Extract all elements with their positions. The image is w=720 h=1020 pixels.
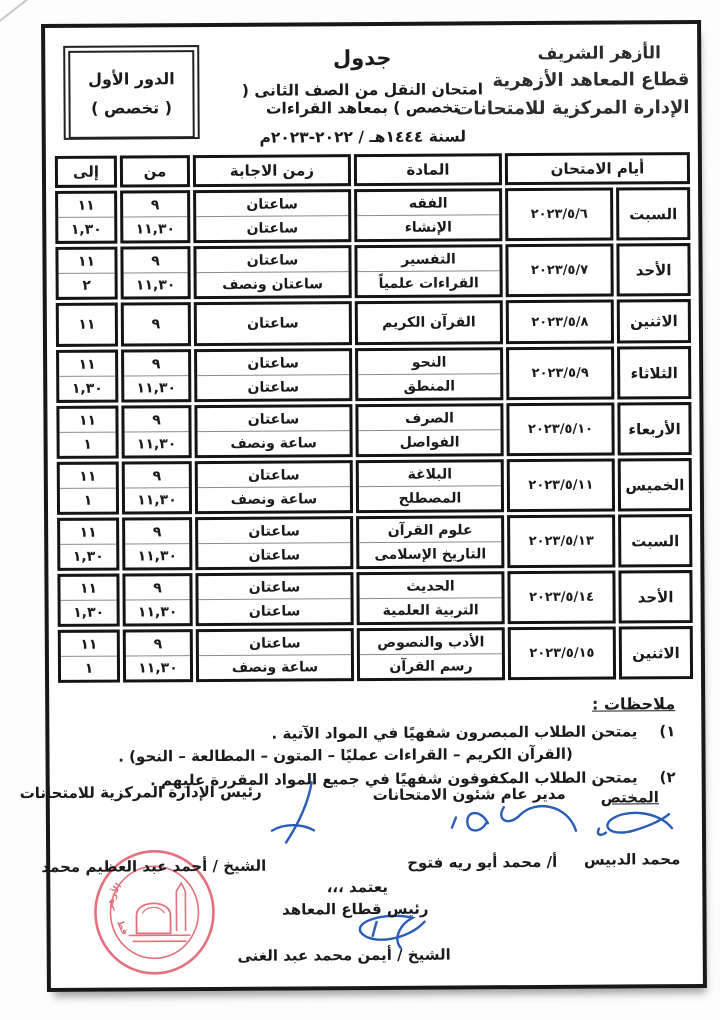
al-azhar-logo: الأزهر الشريف قطاع المعاهد الأزهرية الإد…	[509, 34, 690, 145]
column-stack: ساعتانساعة ونصف	[195, 460, 353, 514]
column-stack: ساعتانساعتان	[194, 348, 352, 402]
subject-cell: المنطق	[358, 373, 500, 398]
duration-cell: ساعتان	[197, 407, 349, 431]
signature-scribble-left	[272, 782, 314, 842]
document-page: الأزهر الشريف قطاع المعاهد الأزهرية الإد…	[41, 20, 707, 992]
end-time-cell: ١١	[59, 409, 115, 432]
exam-date-cell: ٢٠٢٣/٥/٦	[505, 188, 613, 242]
column-stack: ٩١١,٣٠	[122, 461, 192, 514]
start-time-cell: ١١,٣٠	[126, 655, 190, 679]
column-stack: ساعتانساعتان	[193, 189, 351, 243]
end-time-cell: ١١	[58, 250, 114, 273]
sig-title-exams-director: مدير عام شئون الامتحانات	[398, 785, 566, 804]
header-subject: المادة	[354, 153, 502, 186]
column-stack: ١١١	[58, 630, 120, 683]
exam-day-cell: الثلاثاء	[617, 346, 691, 399]
note-subjects-list: (القرآن الكريم – القراءات عمليًا – المتو…	[75, 745, 615, 766]
round-label-box: الدور الأول ( تخصص )	[63, 45, 200, 140]
end-time-cell: ١١	[60, 521, 116, 544]
end-time-cell: ١	[60, 432, 116, 456]
exam-date-cell: ٢٠٢٣/٥/١٤	[507, 571, 615, 625]
duration-cell: ساعتان	[196, 248, 348, 272]
start-time-cell: ٩	[123, 193, 187, 216]
header-to: إلى	[55, 156, 117, 188]
duration-cell: ساعتان	[198, 575, 350, 599]
end-time-cell: ١١	[61, 633, 117, 656]
note-item: ١) يمتحن الطلاب المبصرون شفهيًا في الموا…	[75, 722, 675, 744]
column-stack: علوم القرآنالتاريخ الإسلامى	[356, 515, 504, 569]
exam-date-cell: ٢٠٢٣/٥/٨	[506, 300, 614, 345]
scan-artifact-line	[0, 0, 38, 28]
column-stack: ساعتانساعتان	[195, 516, 353, 570]
title-exam-description: امتحان النقل من الصف الثانى ( تخصص ) بمع…	[215, 80, 509, 118]
exam-day-row: الاثنين٢٠٢٣/٥/١٥الأدب والنصوصرسم القرآنس…	[57, 626, 693, 683]
end-time-cell: ١١	[59, 306, 115, 344]
duration-cell: ساعتان	[196, 192, 348, 216]
column-stack: ١١١,٣٠	[55, 191, 117, 244]
column-stack: ١١	[56, 303, 118, 347]
table-body: السبت٢٠٢٣/٥/٦الفقهالإنشاءساعتانساعتان٩١١…	[54, 187, 693, 683]
subject-cell: الإنشاء	[357, 214, 499, 239]
header-from: من	[120, 155, 190, 187]
column-stack: ٩١١,٣٠	[120, 246, 190, 299]
approval-word: يعتمد ،،،	[302, 878, 412, 897]
sig-name-exams-director: أ/ محمد أبو ريه فتوح	[398, 853, 566, 872]
column-stack: ١١١	[56, 406, 118, 459]
end-time-cell: ١,٣٠	[59, 376, 115, 400]
start-time-cell: ١١,٣٠	[123, 216, 187, 240]
sig-title-specialist: المختص	[588, 788, 672, 807]
start-time-cell: ١١,٣٠	[124, 375, 188, 399]
duration-cell: ساعتان	[198, 519, 350, 543]
title-academic-year: لسنة ١٤٤٤هـ / ٢٠٢٢-٢٠٢٣م	[216, 127, 510, 147]
duration-cell: ساعة ونصف	[199, 654, 351, 679]
start-time-cell: ١١,٣٠	[125, 431, 189, 455]
notes-heading: ملاحظات :	[75, 694, 675, 717]
column-stack: النحوالمنطق	[355, 347, 503, 401]
start-time-cell: ٩	[125, 576, 189, 599]
duration-cell: ساعتان ونصف	[197, 271, 349, 296]
signatures-section: الأزهر الشريف قطاع المعاهد الأزهرية المخ…	[50, 770, 703, 986]
sig-title-central-admin-head: رئيس الإدارة المركزية للامتحانات	[56, 783, 262, 802]
exam-day-cell: السبت	[618, 514, 692, 567]
duration-cell: ساعتان	[198, 542, 350, 567]
end-time-cell: ١	[60, 488, 116, 512]
column-stack: ساعتانساعة ونصف	[194, 404, 352, 458]
column-stack: الفقهالإنشاء	[354, 188, 502, 242]
title-word-schedule: جدول	[215, 45, 509, 71]
round-label-line1: الدور الأول	[88, 65, 175, 94]
column-stack: ٩١١,٣٠	[120, 190, 190, 243]
note-number: ١)	[653, 722, 675, 740]
column-stack: ٩١١,٣٠	[122, 573, 192, 626]
exam-date-cell: ٢٠٢٣/٥/١١	[507, 459, 615, 513]
column-stack: القرآن الكريم	[355, 300, 503, 345]
exam-schedule-table: أيام الامتحان المادة زمن الاجابة من إلى …	[46, 146, 701, 683]
exam-day-cell: الاثنين	[617, 299, 691, 343]
subject-cell: الأدب والنصوص	[360, 630, 502, 654]
signature-scribble-center	[452, 806, 576, 832]
exam-day-cell: الخميس	[618, 458, 692, 511]
column-stack: ساعتانساعتان	[195, 572, 353, 626]
column-stack: ٩	[121, 302, 191, 346]
column-stack: ٩١١,٣٠	[123, 629, 193, 682]
subject-cell: المصطلح	[359, 485, 501, 510]
subject-cell: القراءات علمياً	[358, 270, 500, 295]
column-stack: ١١١,٣٠	[56, 350, 118, 403]
duration-cell: ساعتان	[196, 215, 348, 240]
subject-cell: النحو	[358, 350, 500, 374]
subject-cell: الصرف	[358, 406, 500, 430]
exam-day-row: الأربعاء٢٠٢٣/٥/١٠الصرفالفواصلساعتانساعة …	[55, 402, 691, 459]
column-stack: ١١٢	[55, 247, 117, 300]
exam-date-cell: ٢٠٢٣/٥/١٥	[508, 627, 616, 681]
end-time-cell: ١١	[59, 353, 115, 376]
exam-date-cell: ٢٠٢٣/٥/٩	[506, 347, 614, 401]
subject-cell: البلاغة	[359, 462, 501, 486]
column-stack: ساعتانساعة ونصف	[196, 628, 354, 682]
exam-day-row: السبت٢٠٢٣/٥/٦الفقهالإنشاءساعتانساعتان٩١١…	[54, 187, 690, 244]
end-time-cell: ١١	[60, 577, 116, 600]
end-time-cell: ١,٣٠	[58, 217, 114, 241]
exam-day-row: الثلاثاء٢٠٢٣/٥/٩النحوالمنطقساعتانساعتان٩…	[55, 346, 691, 403]
exam-day-cell: الأربعاء	[617, 402, 691, 455]
column-stack: ٩١١,٣٠	[121, 405, 191, 458]
subject-cell: الحديث	[359, 574, 501, 598]
column-stack: الحديثالتربية العلمية	[356, 571, 504, 625]
subject-cell: رسم القرآن	[360, 653, 502, 678]
end-time-cell: ١١	[60, 465, 116, 488]
duration-cell: ساعة ونصف	[198, 430, 350, 455]
header-duration: زمن الاجابة	[193, 154, 351, 187]
logo-line: الأزهر الشريف	[509, 40, 689, 67]
sig-name-central-admin-head: الشيخ / أحمد عبد العظيم محمد	[52, 857, 266, 876]
exam-day-cell: الأحد	[618, 570, 692, 623]
exam-date-cell: ٢٠٢٣/٥/١٠	[506, 403, 614, 457]
exam-day-row: الخميس٢٠٢٣/٥/١١البلاغةالمصطلحساعتانساعة …	[56, 458, 692, 515]
column-stack: الصرفالفواصل	[355, 403, 503, 457]
column-stack: ١١١	[57, 462, 119, 515]
mosque-icon	[128, 883, 190, 941]
exam-day-cell: الاثنين	[619, 626, 693, 679]
exam-day-cell: الأحد	[616, 243, 690, 296]
start-time-cell: ١١,٣٠	[124, 272, 188, 296]
round-label-line2: ( تخصص )	[91, 94, 172, 123]
duration-cell: ساعتان	[197, 374, 349, 399]
duration-cell: ساعتان	[199, 598, 351, 623]
end-time-cell: ١,٣٠	[60, 544, 116, 568]
exam-day-row: الأحد٢٠٢٣/٥/١٤الحديثالتربية العلميةساعتا…	[56, 570, 692, 627]
start-time-cell: ٩	[124, 408, 188, 431]
exam-date-cell: ٢٠٢٣/٥/١٣	[507, 515, 615, 569]
duration-cell: ساعتان	[197, 304, 349, 343]
start-time-cell: ١١,٣٠	[125, 487, 189, 511]
subject-cell: التربية العلمية	[360, 597, 502, 622]
duration-cell: ساعتان	[197, 351, 349, 375]
end-time-cell: ١,٣٠	[61, 600, 117, 624]
exam-day-row: الاثنين٢٠٢٣/٥/٨القرآن الكريمساعتان٩١١	[55, 299, 691, 347]
logo-line: قطاع المعاهد الأزهرية	[509, 66, 689, 95]
subject-cell: الفواصل	[359, 429, 501, 454]
subject-cell: القرآن الكريم	[358, 303, 500, 342]
exam-date-cell: ٢٠٢٣/٥/٧	[505, 244, 613, 298]
logo-line: الإدارة المركزية للامتحانات	[509, 94, 689, 123]
column-stack: ٩١١,٣٠	[122, 517, 192, 570]
column-stack: البلاغةالمصطلح	[356, 459, 504, 513]
start-time-cell: ٩	[123, 249, 187, 272]
sig-name-specialist: محمد الدبيس	[580, 850, 684, 869]
column-stack: الأدب والنصوصرسم القرآن	[357, 627, 505, 681]
exam-day-row: السبت٢٠٢٣/٥/١٣علوم القرآنالتاريخ الإسلام…	[56, 514, 692, 571]
column-stack: ١١١,٣٠	[57, 574, 119, 627]
end-time-cell: ٢	[59, 273, 115, 297]
document-header: الأزهر الشريف قطاع المعاهد الأزهرية الإد…	[45, 24, 698, 150]
column-stack: التفسيرالقراءات علمياً	[354, 244, 502, 298]
note-text: يمتحن الطلاب المبصرون شفهيًا في المواد ا…	[271, 722, 637, 742]
sig-title-institutes-head: رئيس قطاع المعاهد	[286, 900, 428, 919]
subject-cell: التفسير	[357, 247, 499, 271]
table-header-row: أيام الامتحان المادة زمن الاجابة من إلى	[54, 152, 690, 188]
signature-scribble-right	[607, 813, 672, 833]
start-time-cell: ٩	[126, 632, 190, 655]
document-title: جدول امتحان النقل من الصف الثانى ( تخصص …	[215, 35, 510, 147]
start-time-cell: ٩	[124, 305, 188, 343]
duration-cell: ساعتان	[199, 631, 351, 655]
end-time-cell: ١	[61, 656, 117, 680]
column-stack: ٩١١,٣٠	[121, 349, 191, 402]
column-stack: ١١١,٣٠	[57, 518, 119, 571]
duration-cell: ساعتان	[198, 463, 350, 487]
subject-cell: الفقه	[357, 191, 499, 215]
start-time-cell: ٩	[125, 464, 189, 487]
start-time-cell: ٩	[125, 520, 189, 543]
scanned-exam-schedule-page: { "colors": { "ink": "#1b1b1b", "signatu…	[0, 0, 720, 1020]
column-stack: ساعتان	[194, 301, 352, 346]
column-stack: ساعتانساعتان ونصف	[193, 245, 351, 299]
subject-cell: التاريخ الإسلامى	[359, 541, 501, 566]
exam-day-cell: السبت	[616, 187, 690, 240]
exam-day-row: الأحد٢٠٢٣/٥/٧التفسيرالقراءات علمياًساعتا…	[54, 243, 690, 300]
header-exam-days: أيام الامتحان	[505, 152, 690, 185]
subject-cell: علوم القرآن	[359, 518, 501, 542]
end-time-cell: ١١	[58, 194, 114, 217]
start-time-cell: ١١,٣٠	[125, 543, 189, 567]
round-label-box-inner: الدور الأول ( تخصص )	[68, 50, 195, 139]
sig-name-institutes-head: الشيخ / أيمن محمد عبد الغنى	[265, 946, 451, 965]
signature-scribble-approve	[360, 916, 425, 948]
start-time-cell: ١١,٣٠	[126, 599, 190, 623]
duration-cell: ساعة ونصف	[198, 486, 350, 511]
start-time-cell: ٩	[124, 352, 188, 375]
